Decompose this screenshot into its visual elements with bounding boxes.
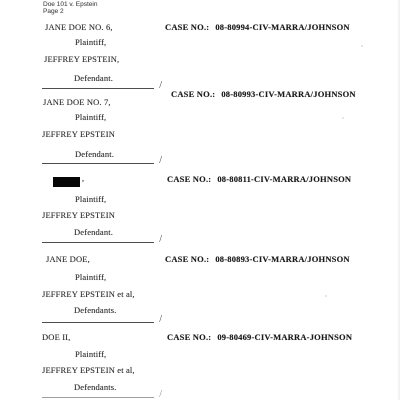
redaction-box [53,177,80,187]
plaintiff-role-label: Plaintiff, [75,350,106,359]
scan-noise-speck [325,295,327,297]
defendant-name: JEFFREY EPSTEIN, [44,55,119,64]
case-number-label: CASE NO.: [167,332,211,342]
defendant-name: JEFFREY EPSTEIN et al, [42,366,135,375]
plaintiff-role-label: Plaintiff, [75,273,106,282]
defendant-name: JEFFREY EPSTEIN et al, [42,290,135,299]
plaintiff-name: JANE DOE NO. 6, [45,23,113,32]
caption-divider-line: / [42,389,154,398]
case-number-value: 08-80993-CIV-MARRA/JOHNSON [221,89,355,99]
case-number-value: 08-80811-CIV-MARRA/JOHNSON [217,174,351,184]
divider-slash: / [159,155,162,166]
case-number-line: CASE NO.:08-80994-CIV-MARRA/JOHNSON [165,23,350,32]
plaintiff-name: DOE II, [42,333,70,342]
case-number-line: CASE NO.:08-80811-CIV-MARRA/JOHNSON [167,175,351,184]
defendant-name: JEFFREY EPSTEIN [42,130,115,139]
scanned-court-document: Doe 101 v. Epstein Page 2 JANE DOE NO. 6… [0,0,400,400]
caption-divider-line: / [42,80,154,89]
case-number-label: CASE NO.: [167,174,211,184]
plaintiff-name: JANE DOE NO. 7, [43,98,111,107]
case-number-value: 08-80893-CIV-MARRA/JOHNSON [215,254,349,264]
plaintiff-role-label: Plaintiff, [75,113,106,122]
case-number-line: CASE NO.:08-80993-CIV-MARRA/JOHNSON [171,90,356,99]
plaintiff-name: JANE DOE, [46,255,90,264]
doc-header-page-number: Page 2 [43,9,64,16]
caption-divider-line: / [42,234,154,243]
scan-noise-speck [342,117,344,119]
case-number-label: CASE NO.: [165,22,209,32]
case-number-line: CASE NO.:09-80469-CIV-MARRA-JOHNSON [167,333,352,342]
case-number-value: 09-80469-CIV-MARRA-JOHNSON [217,332,352,342]
plaintiff-role-label: Plaintiff, [75,195,106,204]
divider-slash: / [159,234,162,245]
divider-slash: / [159,80,162,91]
case-number-label: CASE NO.: [171,89,215,99]
scan-noise-speck [361,45,363,47]
redaction-suffix-comma: , [82,174,84,183]
defendant-name: JEFFREY EPSTEIN [42,211,115,220]
case-number-value: 08-80994-CIV-MARRA/JOHNSON [215,22,349,32]
case-number-label: CASE NO.: [165,254,209,264]
case-number-line: CASE NO.:08-80893-CIV-MARRA/JOHNSON [165,255,350,264]
caption-divider-line: / [42,155,154,164]
divider-slash: / [159,314,162,325]
caption-divider-line: / [42,314,154,323]
divider-slash: / [159,389,162,400]
plaintiff-role-label: Plaintiff, [75,38,106,47]
